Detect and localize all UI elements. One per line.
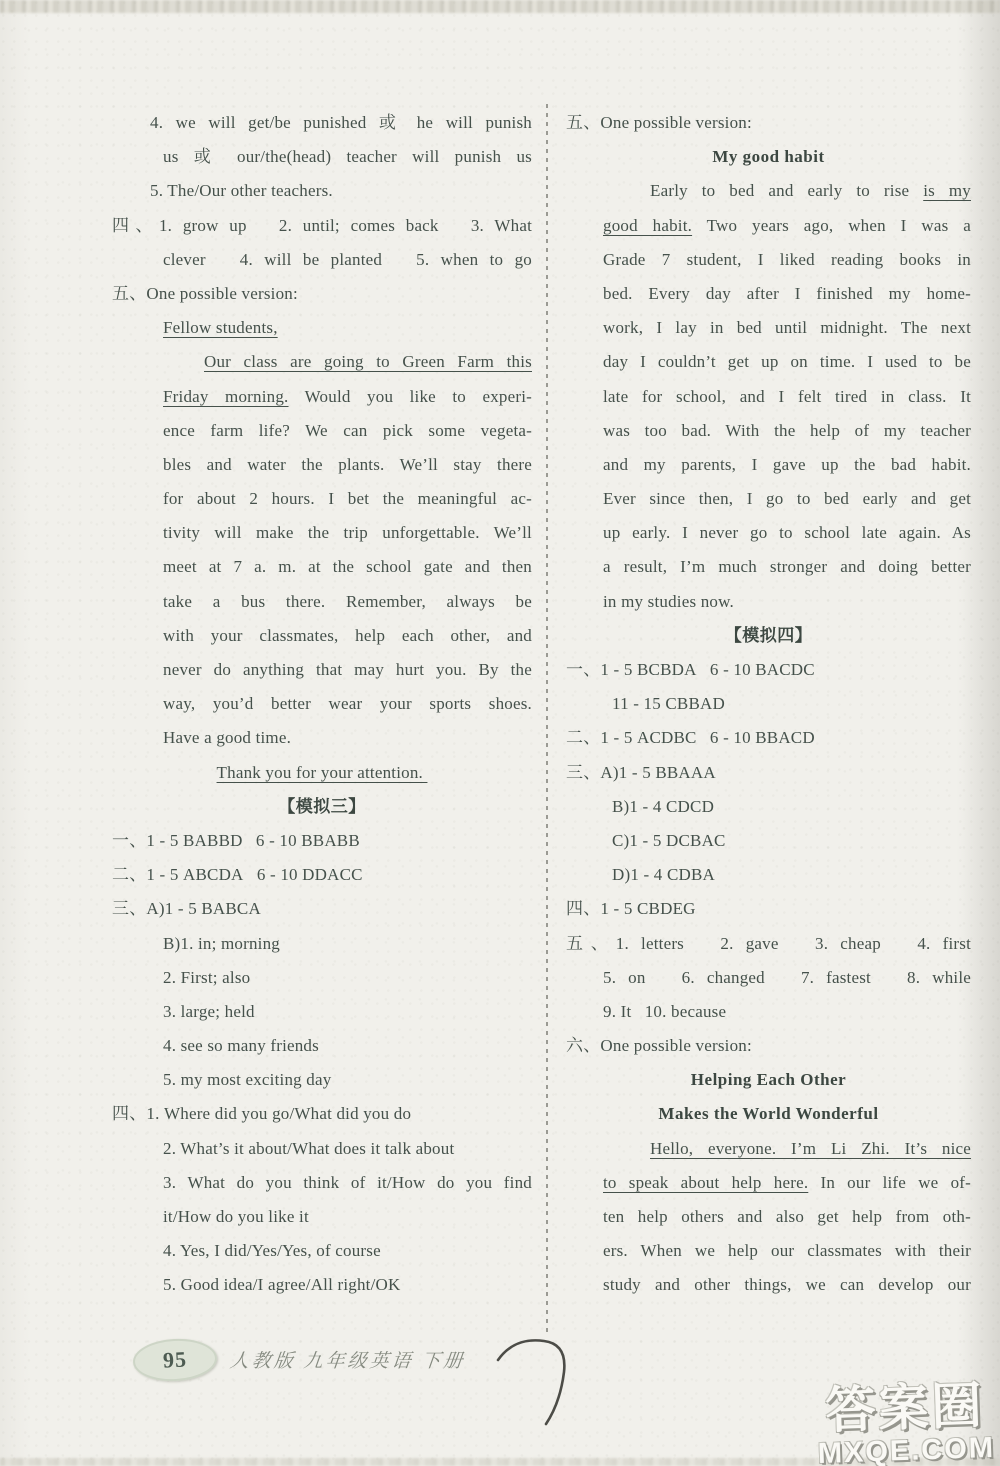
text-line: Friday morning. Would you like to experi… bbox=[112, 380, 532, 414]
text-segment: 三、A)1 - 5 BBAAA bbox=[566, 763, 716, 782]
text-line: 4. see so many friends bbox=[112, 1029, 532, 1063]
text-line: 【模拟四】 bbox=[566, 619, 971, 653]
text-line: 9. It 10. because bbox=[566, 995, 971, 1029]
text-segment: bed. Every day after I finished my home- bbox=[603, 284, 971, 303]
underlined-text-segment: good habit. bbox=[603, 216, 692, 235]
text-segment: work, I lay in bed until midnight. The n… bbox=[603, 318, 971, 337]
text-line: to speak about help here. In our life we… bbox=[566, 1166, 971, 1200]
text-segment: Have a good time. bbox=[163, 728, 291, 747]
page-number-badge: 95 bbox=[132, 1337, 218, 1383]
text-line: us 或 our/the(head) teacher will punish u… bbox=[112, 140, 532, 174]
scanned-workbook-page: 4. we will get/be punished 或 he will pun… bbox=[0, 0, 1000, 1466]
underlined-text-segment: Our class are going to Green Farm this bbox=[204, 352, 532, 371]
text-line: 4. Yes, I did/Yes/Yes, of course bbox=[112, 1234, 532, 1268]
text-line: B)1 - 4 CDCD bbox=[566, 790, 971, 824]
text-line: never do anything that may hurt you. By … bbox=[112, 653, 532, 687]
text-line: up early. I never go to school late agai… bbox=[566, 516, 971, 550]
text-line: 五、1. letters 2. gave 3. cheap 4. first bbox=[566, 927, 971, 961]
text-segment: 2. First; also bbox=[163, 968, 250, 987]
text-line: Fellow students, bbox=[112, 311, 532, 345]
text-line: good habit. Two years ago, when I was a bbox=[566, 209, 971, 243]
text-line: it/How do you like it bbox=[112, 1200, 532, 1234]
text-line: a result, I’m much stronger and doing be… bbox=[566, 550, 971, 584]
text-segment: ence farm life? We can pick some vegeta- bbox=[163, 421, 532, 440]
text-segment: was too bad. With the help of my teacher bbox=[603, 421, 971, 440]
text-segment: Helping Each Other bbox=[691, 1070, 846, 1089]
text-segment: 五、1. letters 2. gave 3. cheap 4. first bbox=[566, 934, 971, 953]
text-segment: way, you’d better wear your sports shoes… bbox=[163, 694, 532, 713]
underlined-text-segment: is my bbox=[923, 181, 971, 200]
text-line: 【模拟三】 bbox=[112, 790, 532, 824]
text-line: 5. Good idea/I agree/All right/OK bbox=[112, 1268, 532, 1302]
text-line: 3. large; held bbox=[112, 995, 532, 1029]
text-segment: Early to bed and early to rise bbox=[650, 181, 923, 200]
text-line: Helping Each Other bbox=[566, 1063, 971, 1097]
right-column: 五、One possible version:My good habitEarl… bbox=[566, 106, 971, 1303]
text-segment: 三、A)1 - 5 BABCA bbox=[112, 899, 261, 918]
text-line: 5. on 6. changed 7. fastest 8. while bbox=[566, 961, 971, 995]
text-line: 一、1 - 5 BABBD 6 - 10 BBABB bbox=[112, 824, 532, 858]
text-line: 一、1 - 5 BCBDA 6 - 10 BACDC bbox=[566, 653, 971, 687]
text-segment: 9. It 10. because bbox=[603, 1002, 726, 1021]
text-line: 四、1. grow up 2. until; comes back 3. Wha… bbox=[112, 209, 532, 243]
text-segment: Two years ago, when I was a bbox=[692, 216, 971, 235]
underlined-text-segment: Hello, everyone. I’m Li Zhi. It’s nice bbox=[650, 1139, 971, 1158]
text-segment: B)1 - 4 CDCD bbox=[612, 797, 714, 816]
text-line: day I couldn’t get up on time. I used to… bbox=[566, 345, 971, 379]
text-line: 5. my most exciting day bbox=[112, 1063, 532, 1097]
text-line: Our class are going to Green Farm this bbox=[112, 345, 532, 379]
text-segment: 二、1 - 5 ABCDA 6 - 10 DDACC bbox=[112, 865, 363, 884]
text-segment: 4. Yes, I did/Yes/Yes, of course bbox=[163, 1241, 381, 1260]
text-segment: 五、One possible version: bbox=[566, 113, 752, 132]
text-segment: it/How do you like it bbox=[163, 1207, 309, 1226]
text-line: Early to bed and early to rise is my bbox=[566, 174, 971, 208]
text-segment: up early. I never go to school late agai… bbox=[603, 523, 971, 542]
watermark-site-name: 答案圈 bbox=[815, 1380, 994, 1436]
text-line: 五、One possible version: bbox=[112, 277, 532, 311]
text-line: in my studies now. bbox=[566, 585, 971, 619]
text-segment: 5. The/Our other teachers. bbox=[150, 181, 333, 200]
text-line: ence farm life? We can pick some vegeta- bbox=[112, 414, 532, 448]
watermark: 答案圈 MXQE.COM bbox=[815, 1380, 995, 1466]
text-segment: 3. large; held bbox=[163, 1002, 255, 1021]
text-line: 三、A)1 - 5 BBAAA bbox=[566, 756, 971, 790]
text-line: 四、1. Where did you go/What did you do bbox=[112, 1097, 532, 1131]
text-segment: late for school, and I felt tired in cla… bbox=[603, 387, 971, 406]
text-line: 二、1 - 5 ACDBC 6 - 10 BBACD bbox=[566, 721, 971, 755]
text-segment: 【模拟三】 bbox=[278, 797, 366, 816]
text-line: B)1. in; morning bbox=[112, 927, 532, 961]
text-segment: 2. What’s it about/What does it talk abo… bbox=[163, 1139, 454, 1158]
text-line: 三、A)1 - 5 BABCA bbox=[112, 892, 532, 926]
text-line: 四、1 - 5 CBDEG bbox=[566, 892, 971, 926]
text-segment: 5. my most exciting day bbox=[163, 1070, 331, 1089]
text-line: Ever since then, I go to bed early and g… bbox=[566, 482, 971, 516]
text-line: clever 4. will be planted 5. when to go bbox=[112, 243, 532, 277]
underlined-text-segment: Friday morning. bbox=[163, 387, 289, 406]
underlined-text-segment: Thank you for your attention. bbox=[217, 763, 428, 782]
text-segment: for about 2 hours. I bet the meaningful … bbox=[163, 489, 532, 508]
text-segment: 4. we will get/be punished 或 he will pun… bbox=[150, 113, 532, 132]
text-line: take a bus there. Remember, always be bbox=[112, 585, 532, 619]
text-line: My good habit bbox=[566, 140, 971, 174]
text-line: C)1 - 5 DCBAC bbox=[566, 824, 971, 858]
text-segment: bles and water the plants. We’ll stay th… bbox=[163, 455, 532, 474]
text-line: late for school, and I felt tired in cla… bbox=[566, 380, 971, 414]
text-line: ers. When we help our classmates with th… bbox=[566, 1234, 971, 1268]
text-segment: In our life we of- bbox=[808, 1173, 971, 1192]
text-segment: 五、One possible version: bbox=[112, 284, 298, 303]
text-segment: never do anything that may hurt you. By … bbox=[163, 660, 532, 679]
text-segment: us 或 our/the(head) teacher will punish u… bbox=[163, 147, 532, 166]
underlined-text-segment: Fellow students, bbox=[163, 318, 278, 337]
text-segment: 四、1. grow up 2. until; comes back 3. Wha… bbox=[112, 216, 532, 235]
text-line: way, you’d better wear your sports shoes… bbox=[112, 687, 532, 721]
text-line: 五、One possible version: bbox=[566, 106, 971, 140]
text-line: study and other things, we can develop o… bbox=[566, 1268, 971, 1302]
text-segment: 二、1 - 5 ACDBC 6 - 10 BBACD bbox=[566, 728, 815, 747]
edition-label: 人教版 九年级英语 下册 bbox=[229, 1346, 467, 1373]
text-line: Grade 7 student, I liked reading books i… bbox=[566, 243, 971, 277]
text-line: work, I lay in bed until midnight. The n… bbox=[566, 311, 971, 345]
text-line: bed. Every day after I finished my home- bbox=[566, 277, 971, 311]
text-segment: D)1 - 4 CDBA bbox=[612, 865, 715, 884]
text-segment: a result, I’m much stronger and doing be… bbox=[603, 557, 971, 576]
text-line: for about 2 hours. I bet the meaningful … bbox=[112, 482, 532, 516]
text-segment: with your classmates, help each other, a… bbox=[163, 626, 532, 645]
text-segment: 【模拟四】 bbox=[725, 626, 813, 645]
text-line: 2. First; also bbox=[112, 961, 532, 995]
text-line: 六、One possible version: bbox=[566, 1029, 971, 1063]
text-segment: 5. Good idea/I agree/All right/OK bbox=[163, 1275, 400, 1294]
text-line: and my parents, I gave up the bad habit. bbox=[566, 448, 971, 482]
text-segment: 3. What do you think of it/How do you fi… bbox=[163, 1173, 532, 1192]
page-footer: 95 人教版 九年级英语 下册 bbox=[0, 1332, 560, 1392]
text-segment: 六、One possible version: bbox=[566, 1036, 752, 1055]
text-segment: study and other things, we can develop o… bbox=[603, 1275, 971, 1294]
text-segment: 一、1 - 5 BCBDA 6 - 10 BACDC bbox=[566, 660, 815, 679]
text-segment: ers. When we help our classmates with th… bbox=[603, 1241, 971, 1260]
left-column: 4. we will get/be punished 或 he will pun… bbox=[112, 106, 532, 1303]
text-segment: clever 4. will be planted 5. when to go bbox=[163, 250, 532, 269]
text-segment: 一、1 - 5 BABBD 6 - 10 BBABB bbox=[112, 831, 360, 850]
text-segment: Would you like to experi- bbox=[289, 387, 532, 406]
text-segment: B)1. in; morning bbox=[163, 934, 280, 953]
text-line: Makes the World Wonderful bbox=[566, 1097, 971, 1131]
text-line: was too bad. With the help of my teacher bbox=[566, 414, 971, 448]
text-line: with your classmates, help each other, a… bbox=[112, 619, 532, 653]
scan-edge-top bbox=[0, 0, 1000, 13]
text-segment: Ever since then, I go to bed early and g… bbox=[603, 489, 971, 508]
underlined-text-segment: to speak about help here. bbox=[603, 1173, 808, 1192]
text-segment: Makes the World Wonderful bbox=[658, 1104, 878, 1123]
text-line: 5. The/Our other teachers. bbox=[112, 174, 532, 208]
text-line: 二、1 - 5 ABCDA 6 - 10 DDACC bbox=[112, 858, 532, 892]
text-segment: C)1 - 5 DCBAC bbox=[612, 831, 726, 850]
text-segment: ten help others and also get help from o… bbox=[603, 1207, 971, 1226]
text-line: meet at 7 a. m. at the school gate and t… bbox=[112, 550, 532, 584]
text-line: 3. What do you think of it/How do you fi… bbox=[112, 1166, 532, 1200]
text-line: Hello, everyone. I’m Li Zhi. It’s nice bbox=[566, 1132, 971, 1166]
text-segment: My good habit bbox=[712, 147, 824, 166]
text-line: tivity will make the trip unforgettable.… bbox=[112, 516, 532, 550]
watermark-site-url: MXQE.COM bbox=[817, 1434, 995, 1466]
text-line: 4. we will get/be punished 或 he will pun… bbox=[112, 106, 532, 140]
text-segment: tivity will make the trip unforgettable.… bbox=[163, 523, 532, 542]
text-line: Thank you for your attention. bbox=[112, 756, 532, 790]
text-line: D)1 - 4 CDBA bbox=[566, 858, 971, 892]
text-line: bles and water the plants. We’ll stay th… bbox=[112, 448, 532, 482]
text-line: 11 - 15 CBBAD bbox=[566, 687, 971, 721]
text-segment: 5. on 6. changed 7. fastest 8. while bbox=[603, 968, 971, 987]
text-segment: and my parents, I gave up the bad habit. bbox=[603, 455, 971, 474]
text-segment: in my studies now. bbox=[603, 592, 734, 611]
text-line: ten help others and also get help from o… bbox=[566, 1200, 971, 1234]
text-line: 2. What’s it about/What does it talk abo… bbox=[112, 1132, 532, 1166]
text-segment: take a bus there. Remember, always be bbox=[163, 592, 532, 611]
text-segment: 四、1 - 5 CBDEG bbox=[566, 899, 696, 918]
column-divider bbox=[546, 104, 548, 1332]
text-line: Have a good time. bbox=[112, 721, 532, 755]
text-segment: 11 - 15 CBBAD bbox=[612, 694, 725, 713]
text-segment: day I couldn’t get up on time. I used to… bbox=[603, 352, 971, 371]
text-segment: Grade 7 student, I liked reading books i… bbox=[603, 250, 971, 269]
text-segment: 4. see so many friends bbox=[163, 1036, 319, 1055]
text-segment: 四、1. Where did you go/What did you do bbox=[112, 1104, 411, 1123]
text-segment: meet at 7 a. m. at the school gate and t… bbox=[163, 557, 532, 576]
